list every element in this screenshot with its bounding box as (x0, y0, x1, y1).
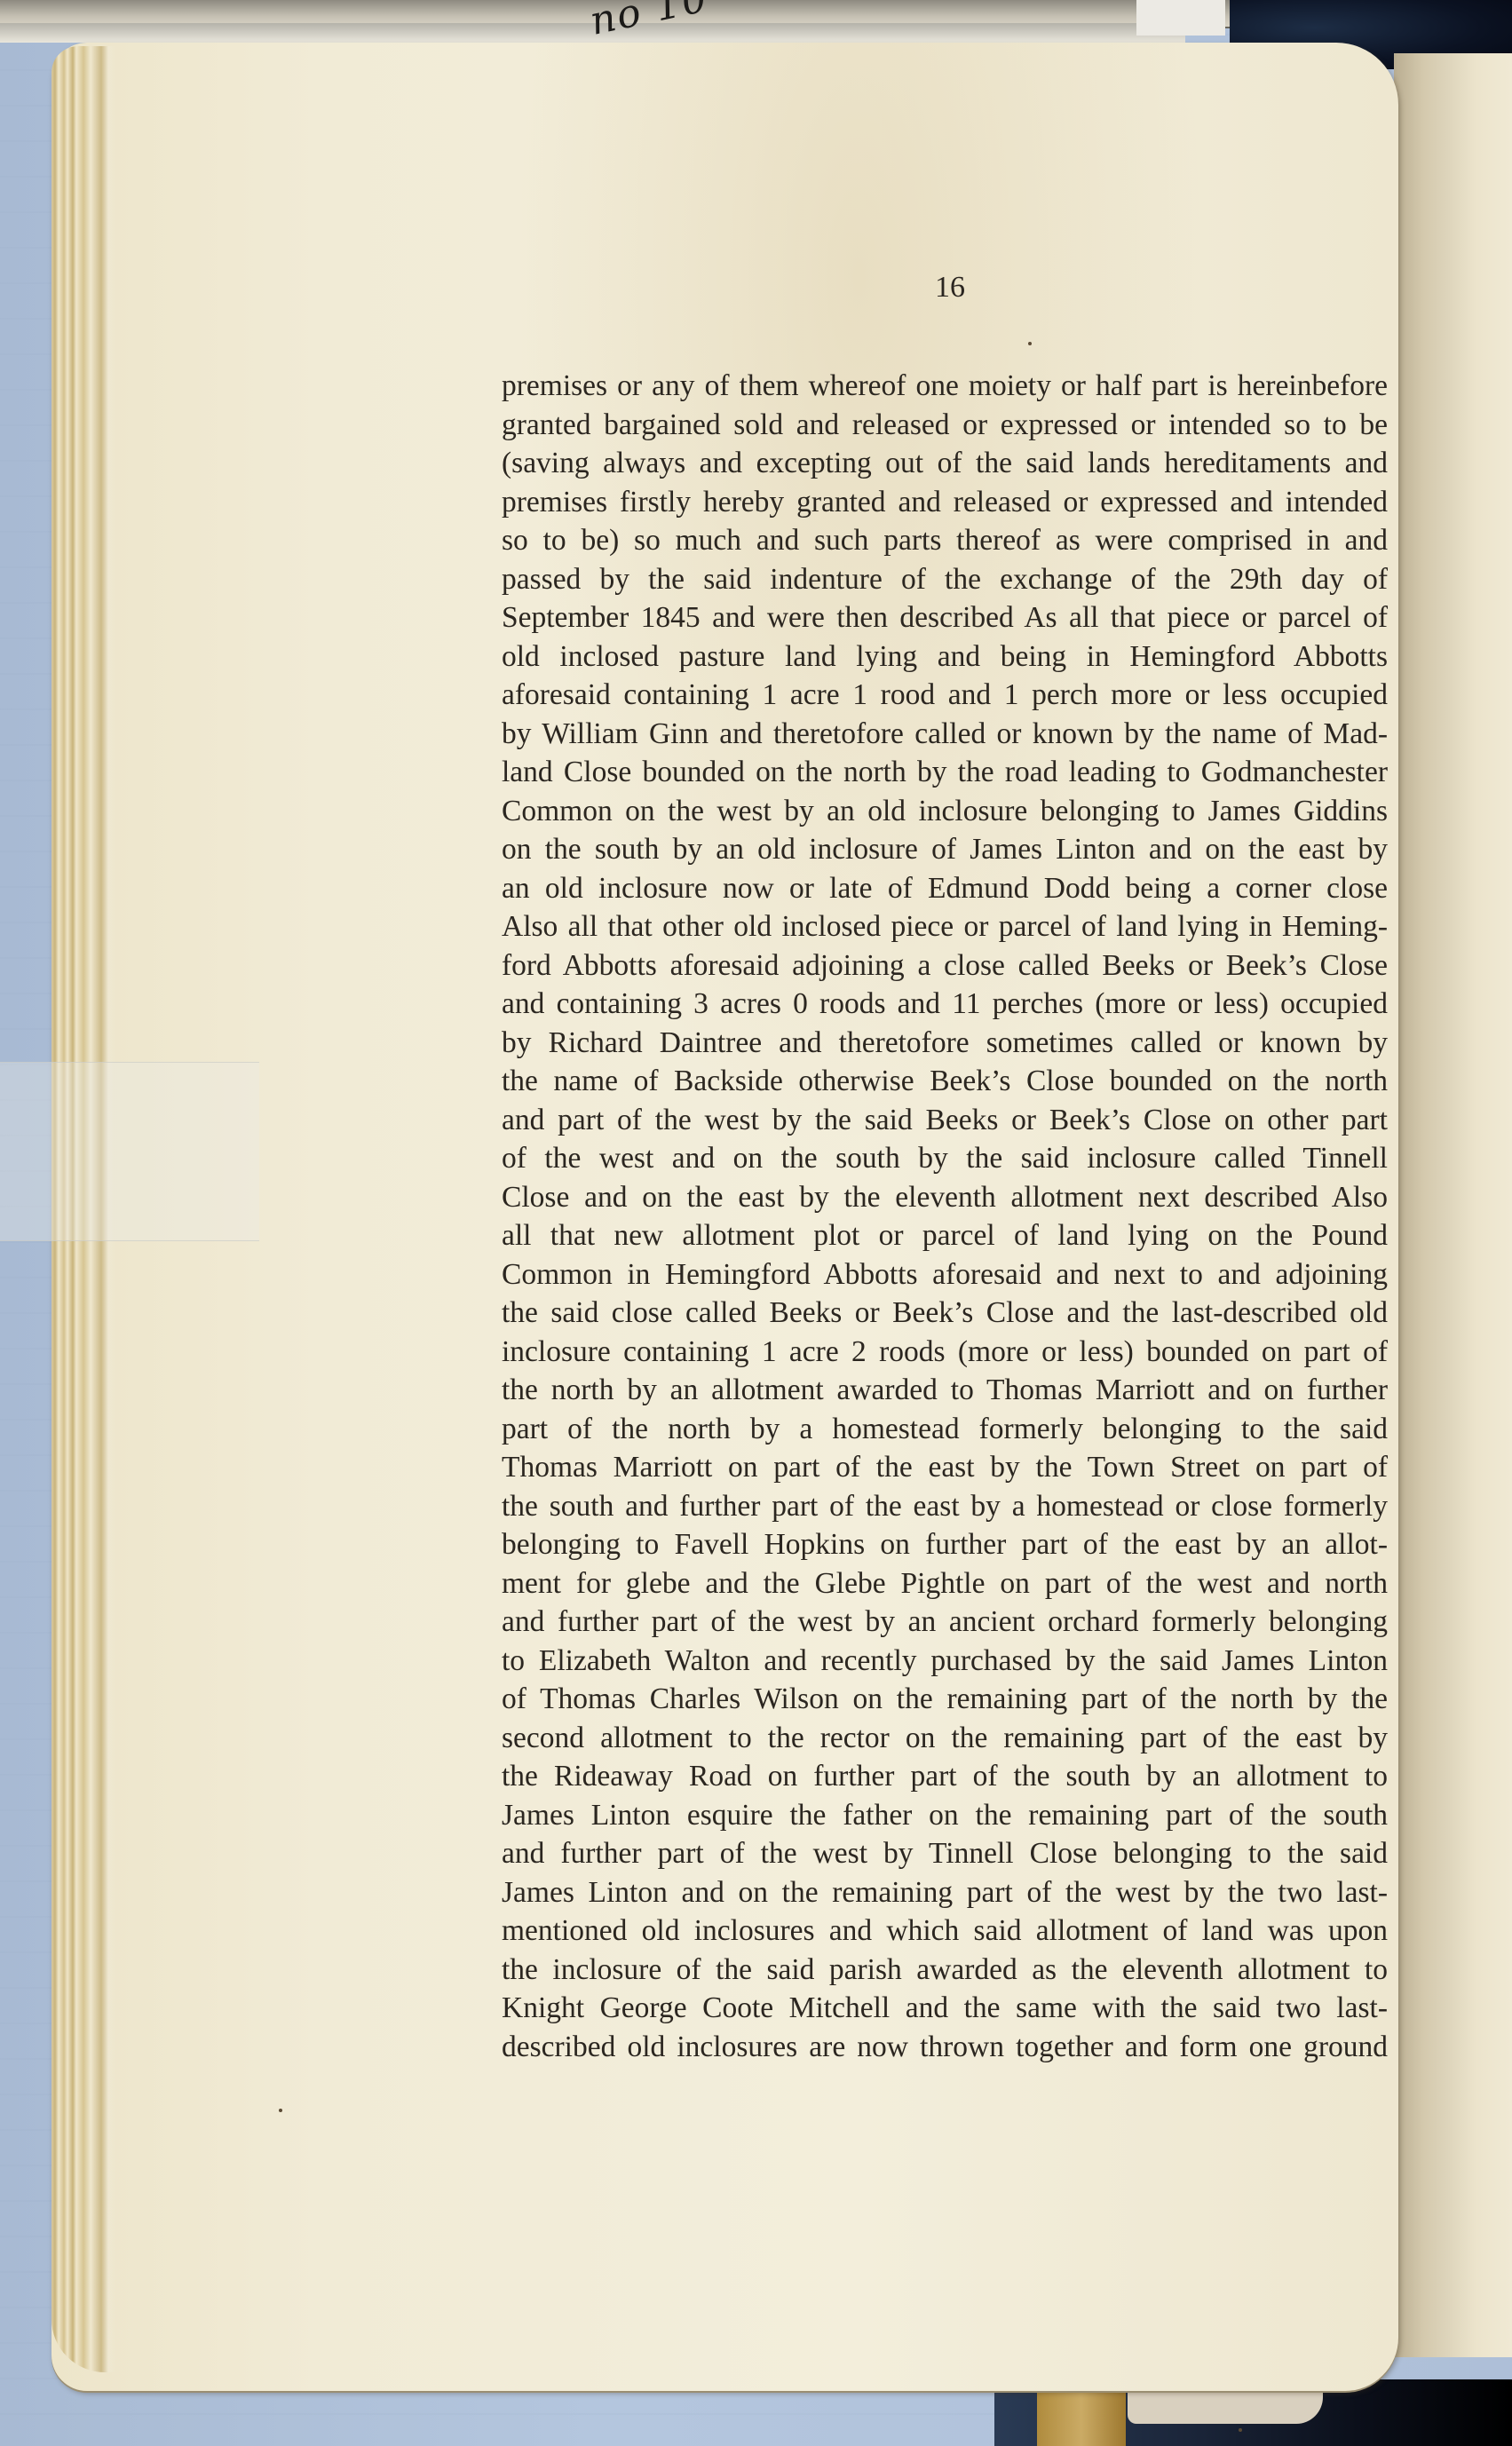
text-line: belonging to Favell Hopkins on further p… (502, 1525, 1388, 1564)
page-number: 16 (923, 271, 977, 305)
top-white-slip (1136, 0, 1225, 36)
text-line: to Elizabeth Walton and recently purchas… (502, 1642, 1388, 1681)
text-line: granted bargained sold and released or e… (502, 406, 1388, 445)
text-line: of the west and on the south by the said… (502, 1139, 1388, 1178)
text-line: passed by the said indenture of the exch… (502, 560, 1388, 599)
transparent-repair-tape (0, 1062, 259, 1241)
paper-speck (1239, 2428, 1242, 2432)
text-line: and further part of the west by an ancie… (502, 1603, 1388, 1642)
text-line: the north by an allotment awarded to Tho… (502, 1371, 1388, 1410)
text-line: on the south by an old inclosure of Jame… (502, 830, 1388, 869)
adjacent-page (1394, 53, 1512, 2357)
text-line: the said close called Beeks or Beek’s Cl… (502, 1294, 1388, 1333)
text-line: all that new allotment plot or parcel of… (502, 1216, 1388, 1255)
text-line: mentioned old inclosures and which said … (502, 1912, 1388, 1951)
text-line: the Rideaway Road on further part of the… (502, 1757, 1388, 1796)
text-line: Common in Hemingford Abbotts aforesaid a… (502, 1255, 1388, 1294)
deed-body-text: premises or any of them whereof one moie… (502, 367, 1388, 2066)
text-line: aforesaid containing 1 acre 1 rood and 1… (502, 676, 1388, 715)
text-line: second allotment to the rector on the re… (502, 1719, 1388, 1758)
text-line: James Linton and on the remaining part o… (502, 1873, 1388, 1912)
text-line: part of the north by a homestead formerl… (502, 1410, 1388, 1449)
text-line: old inclosed pasture land lying and bein… (502, 637, 1388, 677)
text-line: premises firstly hereby granted and rele… (502, 483, 1388, 522)
text-line: the south and further part of the east b… (502, 1487, 1388, 1526)
text-line: and part of the west by the said Beeks o… (502, 1101, 1388, 1140)
text-line: (saving always and excepting out of the … (502, 444, 1388, 483)
paper-speck (279, 2109, 282, 2112)
text-line: premises or any of them whereof one moie… (502, 367, 1388, 406)
text-line: and further part of the west by Tinnell … (502, 1834, 1388, 1873)
text-line: Thomas Marriott on part of the east by t… (502, 1448, 1388, 1487)
text-line: Knight George Coote Mitchell and the sam… (502, 1989, 1388, 2028)
text-line: September 1845 and were then described A… (502, 598, 1388, 637)
text-line: Close and on the east by the eleventh al… (502, 1178, 1388, 1217)
text-line: land Close bounded on the north by the r… (502, 753, 1388, 792)
text-line: an old inclosure now or late of Edmund D… (502, 869, 1388, 908)
torn-paper-fragment (1128, 2388, 1323, 2424)
text-line: so to be) so much and such parts thereof… (502, 521, 1388, 560)
text-line: the inclosure of the said parish awarded… (502, 1951, 1388, 1990)
text-line: Also all that other old inclosed piece o… (502, 907, 1388, 946)
text-line: James Linton esquire the father on the r… (502, 1796, 1388, 1835)
text-line: by William Ginn and theretofore called o… (502, 715, 1388, 754)
text-line: by Richard Daintree and theretofore some… (502, 1024, 1388, 1063)
text-line: ment for glebe and the Glebe Pightle on … (502, 1564, 1388, 1603)
yellowed-tape (1037, 2388, 1126, 2446)
text-line: and containing 3 acres 0 roods and 11 pe… (502, 985, 1388, 1024)
text-line: the name of Backside otherwise Beek’s Cl… (502, 1062, 1388, 1101)
text-line: ford Abbotts aforesaid adjoining a close… (502, 946, 1388, 986)
text-line: described old inclosures are now thrown … (502, 2028, 1388, 2067)
paper-speck (1028, 342, 1032, 345)
text-line: of Thomas Charles Wilson on the remainin… (502, 1680, 1388, 1719)
text-line: inclosure containing 1 acre 2 roods (mor… (502, 1333, 1388, 1372)
text-line: Common on the west by an old inclosure b… (502, 792, 1388, 831)
